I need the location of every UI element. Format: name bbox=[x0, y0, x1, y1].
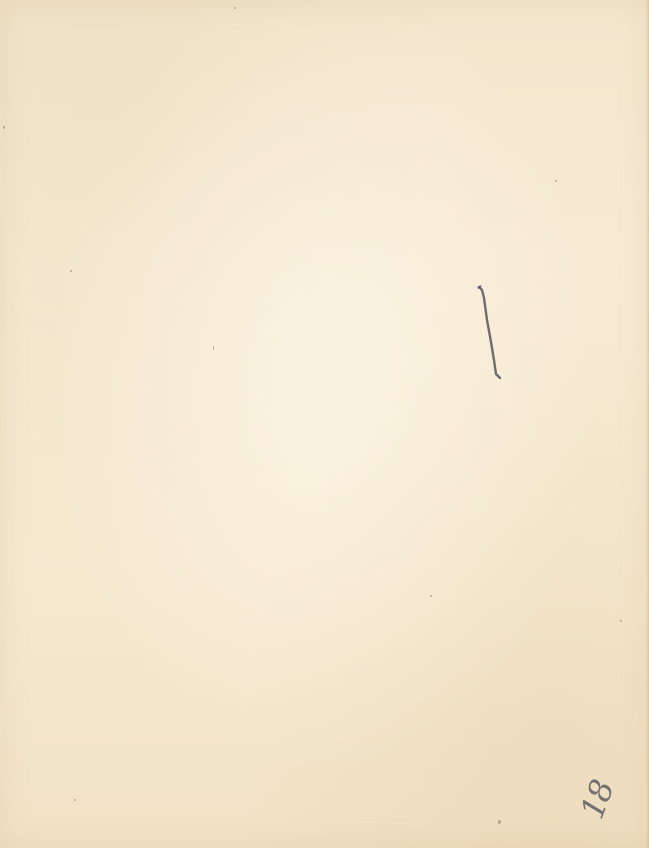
speck bbox=[555, 180, 557, 182]
speck bbox=[430, 595, 432, 597]
speck bbox=[234, 7, 236, 9]
pencil-stroke-mark bbox=[470, 280, 510, 385]
speck bbox=[3, 126, 5, 129]
speck bbox=[213, 346, 214, 350]
paper-sheet: 18 bbox=[0, 0, 649, 848]
speck bbox=[70, 270, 72, 272]
speck bbox=[74, 799, 76, 801]
speck bbox=[620, 620, 622, 622]
speck bbox=[498, 820, 501, 824]
page-number-pencil: 18 bbox=[570, 770, 625, 831]
